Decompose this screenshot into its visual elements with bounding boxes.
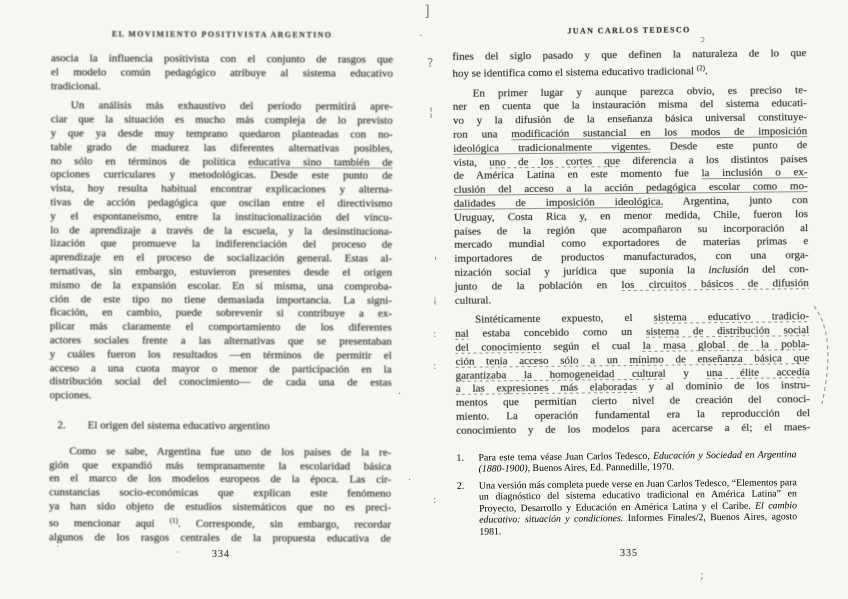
left-page-number: 334 (50, 549, 392, 560)
underlined-text: sistema educativo tradicio- (654, 310, 809, 324)
text-line: y que ya desde muy temprano quedaron pla… (51, 127, 393, 142)
section-heading: 2.El origen del sistema educativo argent… (49, 419, 391, 434)
underlined-text: educativa sino también de (248, 156, 392, 169)
paragraph: Como se sabe, Argentina fue uno de los p… (49, 445, 391, 546)
pencil-mark: : (433, 330, 436, 340)
text-line: tivas de acción pedagógica que oscilan e… (50, 196, 392, 211)
underlined-text: dalidades de imposición ideológica. (454, 196, 664, 210)
text-line: algunos de los rasgos centrales de la pr… (49, 531, 391, 546)
text-line: table grado de madurez las diferentes al… (51, 141, 393, 156)
underlined-text: uno de los cortes que (489, 155, 620, 168)
underlined-text: los circuitos básicos de difusión (621, 277, 808, 291)
text-line: conocimiento y de los modelos para acerc… (456, 421, 810, 439)
paragraph: asocia la influencia positivista con el … (51, 52, 393, 95)
section-number: 2. (57, 419, 65, 431)
pencil-mark: ? (427, 57, 433, 69)
left-page-body: asocia la influencia positivista con el … (49, 52, 393, 546)
pencil-mark: ¡ (433, 296, 437, 306)
footnote: 1.Para este tema véase Juan Carlos Tedes… (456, 449, 810, 476)
text-line: el modelo común pedagógico atribuye al s… (51, 66, 393, 81)
text-line: distribución social del conocimiento— de… (50, 376, 392, 391)
left-running-header: EL MOVIMIENTO POSITIVISTA ARGENTINO (51, 29, 393, 39)
pencil-mark: ' (434, 256, 437, 267)
footnote-number: 1. (456, 452, 478, 475)
underlined-text: clusión del acceso a la acción pedagógic… (454, 180, 808, 196)
text-line: y el espontaneísmo, entre la institucion… (50, 210, 392, 225)
left-page: EL MOVIMIENTO POSITIVISTA ARGENTINO asoc… (49, 29, 393, 552)
underlined-text: la inclusión o ex- (701, 167, 807, 180)
pencil-mark: · (398, 390, 401, 400)
footnotes: 1.Para este tema véase Juan Carlos Tedes… (456, 449, 811, 539)
right-running-header: JUAN CARLOS TEDESCO (452, 24, 806, 37)
footnote-text: Una versión más completa puede verse en … (479, 477, 798, 538)
pencil-mark: : (56, 540, 59, 550)
underlined-text: la masa global de la pobla- (643, 338, 810, 352)
pencil-mark: ɔ (700, 36, 705, 45)
text-line: ciar que la situación es mucho más compl… (51, 113, 393, 128)
pencil-mark: · (408, 476, 411, 486)
text-line: acceso a una cuota mayor o menor de part… (50, 362, 392, 377)
text-line: cunstancias socio-económicas que explica… (49, 486, 391, 501)
text-line: tradicional. (51, 80, 393, 95)
underlined-text: del conocimiento (455, 341, 541, 354)
underlined-text: modificación sustancial en los modos de … (511, 125, 807, 140)
text-line: ternativas, sin embargo, estuvieron pres… (50, 265, 392, 280)
text-line: asocia la influencia positivista con el … (51, 52, 393, 67)
footnote-ref: (1) (170, 516, 178, 524)
italic-text: Educación y Sociedad en Argentina (1880-… (479, 449, 797, 475)
underlined-text: sistema de distribución social (646, 324, 809, 338)
text-line: opciones curriculares y metodológicas. D… (50, 169, 392, 184)
text-line: vista, hoy resulta habitual encontrar ex… (50, 182, 392, 197)
pencil-mark: · (176, 549, 179, 558)
text-line: actores sociales frente a las alternativ… (50, 334, 392, 349)
italic-text: inclusión (708, 264, 748, 276)
text-line: no sólo en términos de política educativ… (51, 155, 393, 170)
text-line: mismo de la expansión escolar. En sí mis… (50, 279, 392, 294)
footnote-number: 2. (457, 480, 480, 538)
section-title: El origen del sistema educativo argentin… (88, 419, 270, 432)
text-line: plicar más claramente el comportamiento … (50, 320, 392, 335)
text-line: Como se sabe, Argentina fue uno de los p… (49, 445, 391, 460)
pencil-mark: : (433, 362, 436, 372)
right-page: JUAN CARLOS TEDESCO fines del siglo pasa… (452, 24, 811, 543)
text-line: ya han sido objeto de estudios sistemáti… (49, 500, 391, 515)
text-line: Un análisis más exhaustivo del período p… (51, 100, 393, 115)
pencil-mark: ¦ (429, 106, 433, 118)
underlined-text: garantizaba la homogeneidad cultural (456, 367, 666, 381)
pencil-mark: ] (424, 4, 430, 19)
text-line: lización que promueve la indiferenciació… (50, 238, 392, 253)
underlined-text: a las expresiones más elaboradas (456, 381, 637, 395)
paragraph: Un análisis más exhaustivo del período p… (50, 100, 393, 405)
pencil-mark: ; (700, 570, 704, 581)
italic-text: El cambio educativo: situación y condici… (479, 500, 797, 526)
paragraph: fines del siglo pasado y que definen la … (452, 47, 806, 81)
text-line: so mencionar aquí (1). Corresponde, sin … (49, 514, 391, 532)
paragraph: En primer lugar y aunque parezca obvio, … (453, 84, 809, 308)
pencil-curve-mark (806, 300, 836, 410)
footnote: 2.Una versión más completa puede verse e… (457, 477, 812, 539)
text-line: gión que expandió más tempranamente la e… (49, 459, 391, 474)
underlined-text: nal (455, 328, 469, 340)
text-line: aprendizaje en el proceso de socializaci… (50, 251, 392, 266)
text-line: hoy se identifica como el sistema educat… (452, 61, 806, 82)
right-page-number: 335 (452, 548, 806, 559)
footnote-ref: (2) (697, 64, 705, 72)
right-page-body: fines del siglo pasado y que definen la … (452, 47, 810, 438)
underlined-text: una élite accedía (706, 366, 809, 379)
paragraph: Sintéticamente expuesto, el sistema educ… (455, 310, 810, 438)
pencil-mark: : (433, 496, 436, 506)
underlined-text: ideológica tradicionalmente vigentes. (453, 141, 651, 155)
text-line: y cuáles fueron los resultados —en térmi… (50, 348, 392, 363)
pencil-mark: · (419, 30, 423, 41)
footnote-text: Para este tema véase Juan Carlos Tedesco… (478, 449, 796, 476)
text-line: opciones. (50, 389, 392, 404)
